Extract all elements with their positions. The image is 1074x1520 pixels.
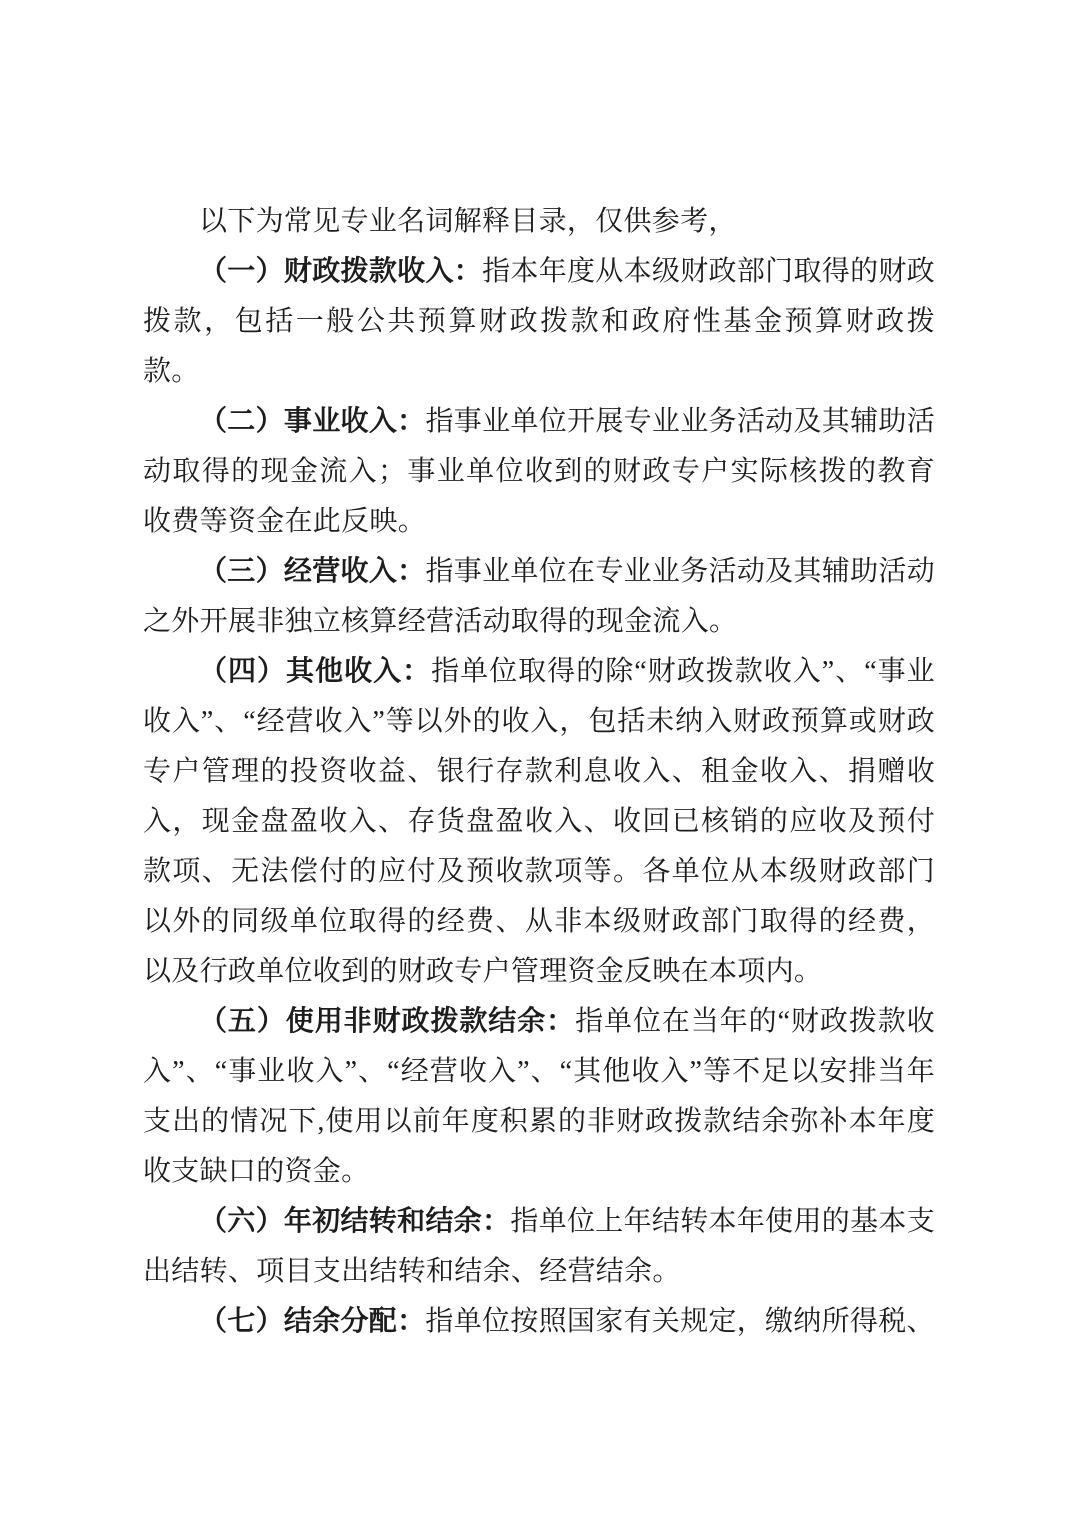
term-label: （三）经营收入：	[199, 556, 425, 587]
document-body: 以下为常见专业名词解释目录，仅供参考， （一）财政拨款收入：指本年度从本级财政部…	[143, 197, 935, 1347]
term-label: （七）结余分配：	[199, 1306, 425, 1337]
intro-paragraph: 以下为常见专业名词解释目录，仅供参考，	[143, 197, 935, 247]
definition-paragraph-6: （六）年初结转和结余：指单位上年结转本年使用的基本支出结转、项目支出结转和结余、…	[143, 1197, 935, 1297]
term-label: （四）其他收入：	[199, 656, 431, 687]
term-definition: 指单位取得的除“财政拨款收入”、“事业收入”、“经营收入”等以外的收入，包括未纳…	[143, 656, 935, 987]
term-label: （一）财政拨款收入：	[199, 256, 482, 287]
definition-paragraph-1: （一）财政拨款收入：指本年度从本级财政部门取得的财政拨款，包括一般公共预算财政拨…	[143, 247, 935, 397]
term-label: （二）事业收入：	[199, 406, 425, 437]
term-label: （五）使用非财政拨款结余：	[199, 1006, 575, 1037]
definition-paragraph-5: （五）使用非财政拨款结余：指单位在当年的“财政拨款收入”、“事业收入”、“经营收…	[143, 997, 935, 1197]
term-label: （六）年初结转和结余：	[199, 1206, 510, 1237]
term-definition: 指单位按照国家有关规定，缴纳所得税、	[425, 1306, 934, 1337]
intro-text: 以下为常见专业名词解释目录，仅供参考，	[199, 206, 737, 237]
definition-paragraph-7: （七）结余分配：指单位按照国家有关规定，缴纳所得税、	[143, 1297, 935, 1347]
definition-paragraph-2: （二）事业收入：指事业单位开展专业业务活动及其辅助活动取得的现金流入；事业单位收…	[143, 397, 935, 547]
document-page: 以下为常见专业名词解释目录，仅供参考， （一）财政拨款收入：指本年度从本级财政部…	[0, 0, 1074, 1520]
definition-paragraph-3: （三）经营收入：指事业单位在专业业务活动及其辅助活动之外开展非独立核算经营活动取…	[143, 547, 935, 647]
definition-paragraph-4: （四）其他收入：指单位取得的除“财政拨款收入”、“事业收入”、“经营收入”等以外…	[143, 647, 935, 997]
